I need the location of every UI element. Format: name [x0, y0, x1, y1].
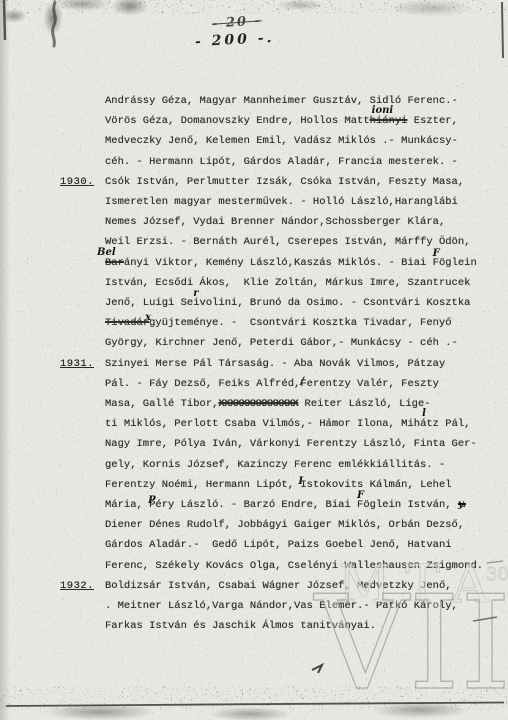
typed-text: Medveczky Jenő, Kelemen Emil, Vadász Mik… — [105, 135, 458, 147]
typed-text: Andrássy Géza, Magyar Mannheimer Gusztáv… — [105, 95, 458, 107]
typed-text: . Meitner László,Varga Nándor,Vas Elemér… — [105, 600, 458, 612]
page-number-crossed-out: - 20 - — [212, 13, 263, 31]
typed-text: Nemes József, Vydai Brenner Nándor,Schos… — [105, 216, 445, 228]
text-line: Weil Erzsi. - Bernáth Aurél, Cserepes Is… — [105, 232, 508, 252]
text-line: Masa, Gallé Tibor,XXXXXXXXXXXXXX Reiter … — [105, 394, 508, 414]
typed-text: gyüjteménye. - Csontvári Kosztka Tivadar… — [149, 317, 451, 329]
typed-text: Pál. - Fáy Dezső, Feiks Alfréd, — [105, 378, 300, 390]
year-label: 1930. — [60, 172, 94, 192]
year-label: 1932. — [60, 576, 94, 596]
pen-smudge-top-left — [53, 2, 56, 46]
typed-text: István, Ecsődi Ákos, Klie Zoltán, Márkus… — [105, 277, 470, 289]
scan-edge-right — [502, 2, 503, 58]
scan-edge-bottom-line — [6, 703, 504, 707]
typed-text: Szinyei Merse Pál Társaság. - Aba Novák … — [105, 358, 445, 370]
text-line: BelBarányi Viktor, Kemény László,Kaszás … — [105, 253, 508, 273]
text-line: Diener Dénes Rudolf, Jobbágyi Gaiger Mik… — [105, 515, 508, 535]
typed-text: Föglein István, — [357, 499, 458, 511]
year-block: 1932.Boldizsár István, Csabai Wágner Józ… — [0, 576, 508, 637]
typed-text: Mária, — [105, 499, 149, 511]
typed-text: Boldizsár István, Csabai Wágner József, … — [105, 580, 452, 592]
text-line: Tivadárxgyüjteménye. - Csontvári Kosztka… — [105, 313, 508, 333]
struck-text: XXXXXXXXXXXXXX — [218, 398, 298, 410]
typed-text: Weil Erzsi. - Bernáth Aurél, Cserepes Is… — [105, 236, 470, 248]
typed-text: Ferenc, Székely Kovács Olga, Cselényi Wa… — [105, 560, 483, 572]
typed-text: Ismeretlen magyar mesterművek. - Holló L… — [105, 196, 458, 208]
text-line: Csók István, Perlmutter Izsák, Csóka Ist… — [105, 172, 508, 192]
year-block: 1930.Csók István, Perlmutter Izsák, Csók… — [0, 172, 508, 354]
text-line: György, Kirchner Jenő, Peterdi Gábor,- M… — [105, 333, 508, 353]
typed-text: Csók István, Perlmutter Izsák, Csóka Ist… — [105, 176, 464, 188]
page-number-handwritten: - 200 -. — [195, 30, 275, 50]
typed-text: gely, Kornis József, Kazinczy Ferenc eml… — [105, 459, 445, 471]
text-line: Ismeretlen magyar mesterművek. - Holló L… — [105, 192, 508, 212]
typed-text: Diener Dénes Rudolf, Jobbágyi Gaiger Mik… — [105, 519, 464, 531]
typewritten-text-area: Andrássy Géza, Magyar Mannheimer Gusztáv… — [0, 91, 508, 636]
text-line: István, Ecsődi Ákos, Klie Zoltán, Márkus… — [105, 273, 508, 293]
text-line: ti Miklós, Perlott Csaba Vilmós,- Hámor … — [105, 414, 508, 434]
typed-text: ányi Viktor, Kemény László,Kaszás Miklós… — [124, 257, 433, 269]
pen-tick-bottom — [312, 665, 322, 673]
text-line: Pál. - Fáy Dezső, Feiks Alfréd,/Ferentzy… — [105, 374, 508, 394]
typed-text: ivolini, Brunó da Osimo. - Csontvári Kos… — [193, 297, 470, 309]
text-line: . Meitner László,Varga Nándor,Vas Elemér… — [105, 596, 508, 616]
text-line: Ferenc, Székely Kovács Olga, Cselényi Wa… — [105, 556, 508, 576]
typed-text: György, Kirchner Jenő, Peterdi Gábor,- M… — [105, 337, 458, 349]
text-line: Nemes József, Vydai Brenner Nándor,Schos… — [105, 212, 508, 232]
text-line: Farkas István és Jaschik Álmos tanitvány… — [105, 616, 508, 636]
typed-text: Istokovits Kálmán, Lehel — [300, 479, 451, 491]
typed-text: Ferentzy Noémi, Hermann Lipót, — [105, 479, 300, 491]
text-line: Gárdos Aladár.- Gedő Lipót, Paizs Goebel… — [105, 535, 508, 555]
scan-noise-top-band — [0, 0, 508, 14]
text-line: gely, Kornis József, Kazinczy Ferenc eml… — [105, 455, 508, 475]
typed-text: Vörös Géza, Domanovszky Endre, Hollos Ma… — [105, 115, 370, 127]
struck-text: hiányi — [370, 115, 408, 127]
typed-text: Péry László. - Barzó Endre, Biai — [149, 499, 357, 511]
typed-text: Ferentzy Valér, Feszty — [300, 378, 439, 390]
typed-text: Reiter László, Lige- — [298, 398, 430, 410]
text-line: Szinyei Merse Pál Társaság. - Aba Novák … — [105, 354, 508, 374]
text-line: Ferentzy Noémi, Hermann Lipót, IIstokovi… — [105, 475, 508, 495]
typed-text: Farkas István és Jaschik Álmos tanitvány… — [105, 620, 376, 632]
text-line: Jenő, Luigi Serivolini, Brunó da Osimo. … — [105, 293, 508, 313]
typed-text: átz Pál, — [420, 418, 470, 430]
typed-text: Nagy Imre, Pólya Iván, Várkonyi Ferentzy… — [105, 438, 477, 450]
typed-text: céh. - Hermann Lipót, Gárdos Aladár, Fra… — [105, 156, 458, 168]
struck-text: Bar — [105, 257, 124, 269]
document-page: - 20 - - 200 -. Andrássy Géza, Magyar Ma… — [0, 0, 508, 720]
typed-text: Masa, Gallé Tibor, — [105, 398, 218, 410]
year-label: 1931. — [60, 354, 94, 374]
handwritten-correction: y. — [458, 499, 466, 510]
text-line: céh. - Hermann Lipót, Gárdos Aladár, Fra… — [105, 152, 508, 172]
year-block: Andrássy Géza, Magyar Mannheimer Gusztáv… — [0, 91, 508, 172]
text-line: Mária, PPéry László. - Barzó Endre, Biai… — [105, 495, 508, 515]
struck-text: Tivadár — [105, 317, 149, 329]
typed-text: Eszter, — [407, 115, 457, 127]
text-line: Vörös Géza, Domanovszky Endre, Hollos Ma… — [105, 111, 508, 131]
typed-text: Jenő, Luigi Se — [105, 297, 193, 309]
typed-text: ti Miklós, Perlott Csaba Vilmós,- Hámor … — [105, 418, 420, 430]
typed-text: Gárdos Aladár.- Gedő Lipót, Paizs Goebel… — [105, 539, 452, 551]
text-line: Nagy Imre, Pólya Iván, Várkonyi Ferentzy… — [105, 434, 508, 454]
year-block: 1931.Szinyei Merse Pál Társaság. - Aba N… — [0, 354, 508, 576]
scan-edge-left — [4, 0, 5, 40]
text-line: Boldizsár István, Csabai Wágner József, … — [105, 576, 508, 596]
scan-noise-bottom-band — [0, 686, 508, 710]
text-line: Medveczky Jenő, Kelemen Emil, Vadász Mik… — [105, 131, 508, 151]
text-line: Andrássy Géza, Magyar Mannheimer Gusztáv… — [105, 91, 508, 111]
